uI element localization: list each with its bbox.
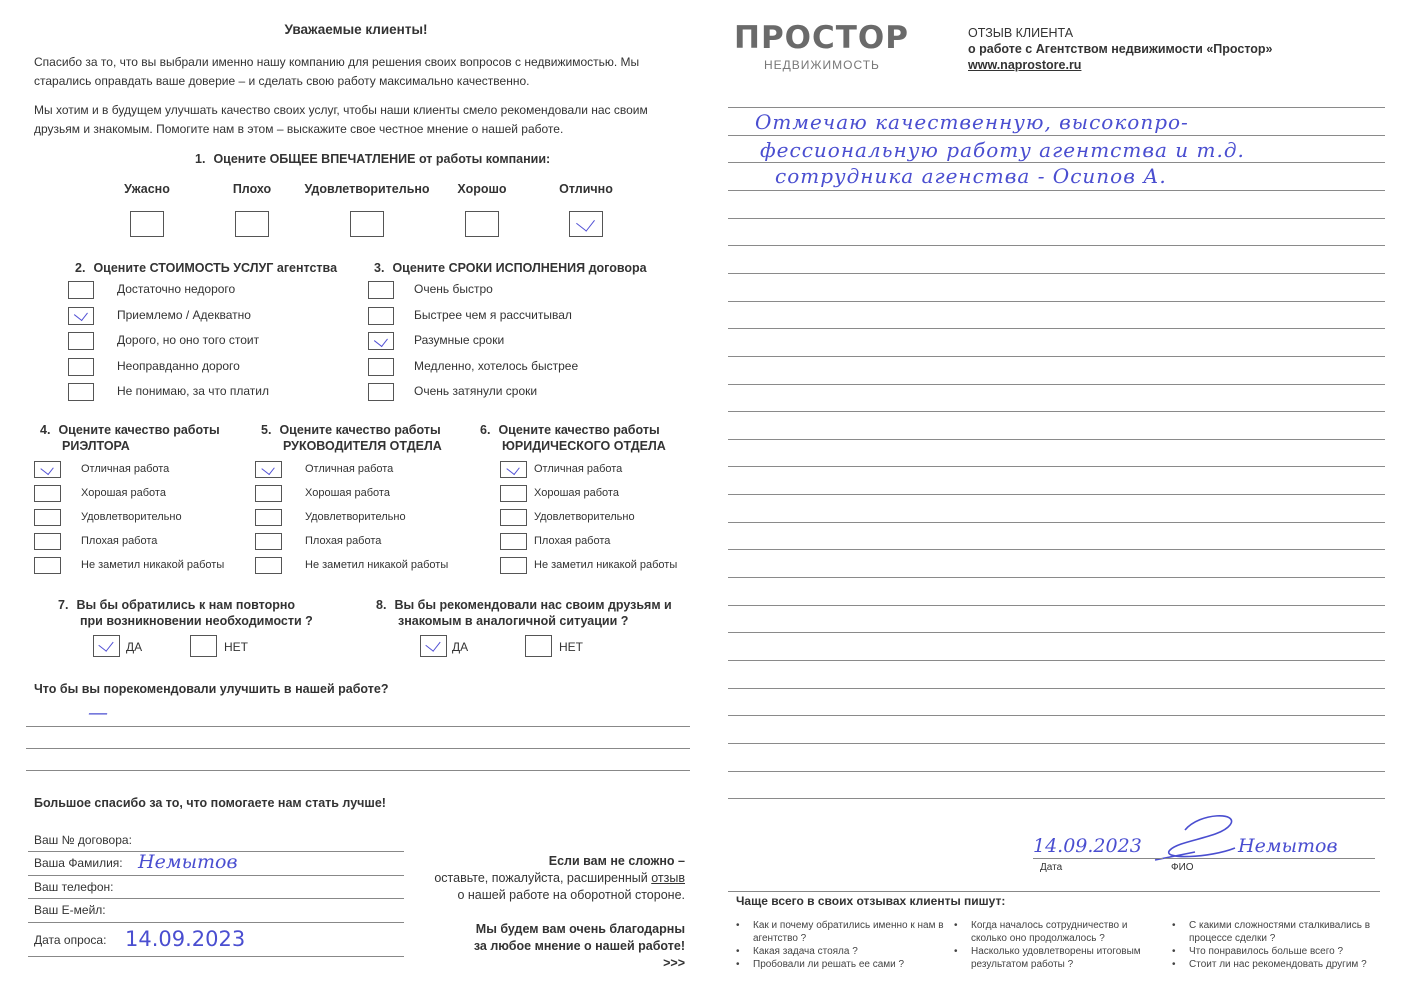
ruled-line [728, 494, 1385, 495]
tips-divider [728, 891, 1380, 892]
tip-item: Стоит ли нас рекомендовать другим ? [1172, 958, 1382, 971]
tip-item: Какая задача стояла ? [736, 945, 946, 958]
q1-number: 1. [195, 152, 205, 166]
q4-option-checkbox[interactable] [34, 509, 61, 526]
q5-option-checkbox[interactable] [255, 557, 282, 574]
review-line-2[interactable]: фессиональную работу агентства и т.д. [760, 138, 1245, 162]
ruled-line [728, 577, 1385, 578]
q2-text: Оцените СТОИМОСТЬ УСЛУГ агентства [93, 261, 337, 275]
next-page-arrows: >>> [663, 956, 685, 970]
q7-yes-checkbox[interactable] [93, 635, 120, 657]
q2-title: 2.Оцените СТОИМОСТЬ УСЛУГ агентства [75, 261, 337, 275]
q1-option-checkbox[interactable] [569, 211, 603, 237]
signature-name-label: ФИО [1171, 862, 1194, 873]
intro-paragraph-2: Мы хотим и в будущем улучшать качество с… [34, 101, 684, 139]
email-line [28, 922, 404, 923]
review-subtitle: о работе с Агентством недвижимости «Прос… [968, 41, 1273, 57]
q4-option-label: Не заметил никакой работы [81, 559, 224, 571]
q2-number: 2. [75, 261, 85, 275]
review-line-3[interactable]: сотрудника агенства - Осипов А. [775, 164, 1167, 188]
ruled-line [728, 301, 1385, 302]
review-title: ОТЗЫВ КЛИЕНТА [968, 25, 1273, 41]
q8-no-checkbox[interactable] [525, 635, 552, 657]
q2-option-checkbox[interactable] [68, 358, 94, 376]
q3-option-checkbox[interactable] [368, 332, 394, 350]
date-value[interactable]: 14.09.2023 [125, 927, 245, 951]
q4-option-label: Хорошая работа [81, 487, 166, 499]
callout-line-2: оставьте, пожалуйста, расширенный [434, 871, 651, 885]
improve-line-1 [26, 726, 690, 727]
tip-item: С какими сложностями сталкивались в проц… [1172, 919, 1382, 945]
tip-item: Что понравилось больше всего ? [1172, 945, 1382, 958]
ruled-line [728, 743, 1385, 744]
q3-option-label: Разумные сроки [414, 333, 504, 347]
q2-option-label: Дорого, но оно того стоит [117, 333, 259, 347]
q7-no-checkbox[interactable] [190, 635, 217, 657]
q3-option-checkbox[interactable] [368, 281, 394, 299]
q4-option-checkbox[interactable] [34, 533, 61, 550]
q1-title: 1.Оцените ОБЩЕЕ ВПЕЧАТЛЕНИЕ от работы ко… [195, 152, 550, 166]
q3-option-checkbox[interactable] [368, 383, 394, 401]
thanks-text: Большое спасибо за то, что помогаете нам… [34, 796, 386, 810]
review-header: ОТЗЫВ КЛИЕНТА о работе с Агентством недв… [968, 25, 1273, 73]
signature-name[interactable]: Немытов [1238, 835, 1338, 857]
q8-no-label: НЕТ [559, 640, 583, 654]
ruled-line [728, 411, 1385, 412]
q2-option-label: Не понимаю, за что платил [117, 384, 269, 398]
q3-option-checkbox[interactable] [368, 307, 394, 325]
improve-line-3 [26, 770, 690, 771]
q1-option-checkbox[interactable] [235, 211, 269, 237]
q3-option-label: Очень быстро [414, 282, 493, 296]
q1-option-label: Плохо [187, 182, 317, 196]
q5-option-checkbox[interactable] [255, 509, 282, 526]
q3-option-checkbox[interactable] [368, 358, 394, 376]
callout-line-3: о нашей работе на оборотной стороне. [434, 887, 685, 904]
q2-option-checkbox[interactable] [68, 281, 94, 299]
review-link[interactable]: отзыв [651, 871, 685, 885]
company-logo: ПРОСТОР НЕДВИЖИМОСТЬ [734, 20, 919, 80]
review-line-1[interactable]: Отмечаю качественную, высокопро- [755, 110, 1189, 134]
signature-scribble-icon [1150, 810, 1240, 865]
q2-option-checkbox[interactable] [68, 383, 94, 401]
ruled-line [728, 245, 1385, 246]
improve-question: Что бы вы порекомендовали улучшить в наш… [34, 682, 388, 696]
ruled-line [728, 466, 1385, 467]
ruled-line [728, 605, 1385, 606]
phone-line [28, 898, 404, 899]
ruled-line [728, 218, 1385, 219]
q1-option-checkbox[interactable] [130, 211, 164, 237]
q5-text-2: РУКОВОДИТЕЛЯ ОТДЕЛА [261, 439, 442, 453]
q3-option-label: Быстрее чем я рассчитывал [414, 308, 572, 322]
q5-option-label: Отличная работа [305, 463, 393, 475]
tips-column-1: Как и почему обратились именно к нам в а… [736, 919, 946, 971]
surname-value[interactable]: Немытов [138, 851, 238, 873]
ruled-line [728, 135, 1385, 136]
q4-title: 4.Оцените качество работы РИЭЛТОРА [40, 422, 220, 454]
signature-date-label: Дата [1040, 862, 1062, 873]
ruled-line [728, 273, 1385, 274]
q1-option-label: Отлично [521, 182, 651, 196]
signature-date-line [1033, 858, 1163, 859]
tip-item: Насколько удовлетворены итоговым результ… [954, 945, 1164, 971]
q5-option-label: Не заметил никакой работы [305, 559, 448, 571]
q5-option-checkbox[interactable] [255, 485, 282, 502]
q8-yes-label: ДА [452, 640, 468, 654]
q7-number: 7. [58, 597, 68, 613]
q2-option-label: Приемлемо / Адекватно [117, 308, 251, 322]
q6-title: 6.Оцените качество работы ЮРИДИЧЕСКОГО О… [480, 422, 666, 454]
q4-text-2: РИЭЛТОРА [40, 439, 130, 453]
surname-line [28, 875, 404, 876]
q6-option-checkbox[interactable] [500, 485, 527, 502]
q5-option-label: Хорошая работа [305, 487, 390, 499]
q7-title: 7.Вы бы обратились к нам повторно при во… [58, 597, 313, 629]
q7-text-1: Вы бы обратились к нам повторно [76, 598, 295, 612]
callout-line-1: Если вам не сложно – [549, 854, 685, 868]
q8-yes-checkbox[interactable] [420, 635, 447, 657]
q4-option-label: Плохая работа [81, 535, 157, 547]
q6-option-label: Хорошая работа [534, 487, 619, 499]
surname-label: Ваша Фамилия: [34, 856, 123, 870]
signature-date[interactable]: 14.09.2023 [1033, 835, 1142, 857]
q5-number: 5. [261, 422, 271, 438]
ruled-line [728, 522, 1385, 523]
ruled-line [728, 660, 1385, 661]
q4-option-checkbox[interactable] [34, 485, 61, 502]
ruled-line [728, 384, 1385, 385]
q8-text-2: знакомым в аналогичной ситуации ? [376, 614, 628, 628]
date-line [28, 956, 404, 957]
logo-subtitle: НЕДВИЖИМОСТЬ [764, 58, 880, 72]
q1-option-checkbox[interactable] [350, 211, 384, 237]
q6-number: 6. [480, 422, 490, 438]
q3-text: Оцените СРОКИ ИСПОЛНЕНИЯ договора [392, 261, 646, 275]
q4-option-checkbox[interactable] [34, 557, 61, 574]
q3-number: 3. [374, 261, 384, 275]
tip-item: Как и почему обратились именно к нам в а… [736, 919, 946, 945]
intro-paragraph-1: Спасибо за то, что вы выбрали именно наш… [34, 53, 684, 91]
q6-option-label: Отличная работа [534, 463, 622, 475]
ruled-line [728, 107, 1385, 108]
tips-title: Чаще всего в своих отзывах клиенты пишут… [736, 894, 1005, 908]
page-title: Уважаемые клиенты! [0, 22, 712, 37]
ruled-line [728, 798, 1385, 799]
q6-option-checkbox[interactable] [500, 533, 527, 550]
logo-wordmark: ПРОСТОР [734, 20, 909, 56]
q1-text: Оцените ОБЩЕЕ ВПЕЧАТЛЕНИЕ от работы комп… [213, 152, 550, 166]
q6-option-label: Удовлетворительно [534, 511, 635, 523]
date-label: Дата опроса: [34, 933, 106, 947]
q8-number: 8. [376, 597, 386, 613]
q7-no-label: НЕТ [224, 640, 248, 654]
tip-item: Пробовали ли решать ее сами ? [736, 958, 946, 971]
ruled-line [728, 632, 1385, 633]
email-label: Ваш Е-мейл: [34, 903, 106, 917]
q3-option-label: Очень затянули сроки [414, 384, 537, 398]
ruled-line [728, 439, 1385, 440]
ruled-line [728, 715, 1385, 716]
tip-item: Когда началось сотрудничество и сколько … [954, 919, 1164, 945]
ruled-line [728, 328, 1385, 329]
q7-text-2: при возникновении необходимости ? [58, 614, 313, 628]
callout-line-4: Мы будем вам очень благодарны [476, 922, 685, 936]
q4-text-1: Оцените качество работы [58, 423, 219, 437]
q3-title: 3.Оцените СРОКИ ИСПОЛНЕНИЯ договора [374, 261, 647, 275]
q5-option-checkbox[interactable] [255, 533, 282, 550]
q6-text-2: ЮРИДИЧЕСКОГО ОТДЕЛА [480, 439, 666, 453]
q6-option-label: Не заметил никакой работы [534, 559, 677, 571]
q5-option-checkbox[interactable] [255, 461, 282, 478]
q4-option-label: Отличная работа [81, 463, 169, 475]
q6-option-checkbox[interactable] [500, 461, 527, 478]
q6-text-1: Оцените качество работы [498, 423, 659, 437]
tips-column-3: С какими сложностями сталкивались в проц… [1172, 919, 1382, 971]
q2-option-checkbox[interactable] [68, 307, 94, 325]
q2-option-label: Достаточно недорого [117, 282, 235, 296]
contract-label: Ваш № договора: [34, 833, 132, 847]
q6-option-label: Плохая работа [534, 535, 610, 547]
ruled-line [728, 688, 1385, 689]
q2-option-label: Неоправданно дорого [117, 359, 240, 373]
q6-option-checkbox[interactable] [500, 557, 527, 574]
q5-option-label: Плохая работа [305, 535, 381, 547]
q5-option-label: Удовлетворительно [305, 511, 406, 523]
q7-yes-label: ДА [126, 640, 142, 654]
q6-option-checkbox[interactable] [500, 509, 527, 526]
website-link[interactable]: www.naprostore.ru [968, 57, 1273, 73]
phone-label: Ваш телефон: [34, 880, 113, 894]
improve-answer[interactable]: — [88, 700, 108, 724]
q4-number: 4. [40, 422, 50, 438]
q1-option-checkbox[interactable] [465, 211, 499, 237]
q4-option-checkbox[interactable] [34, 461, 61, 478]
improve-line-2 [26, 748, 690, 749]
q1-option-label: Удовлетворительно [302, 182, 432, 196]
tips-column-2: Когда началось сотрудничество и сколько … [954, 919, 1164, 971]
q5-title: 5.Оцените качество работы РУКОВОДИТЕЛЯ О… [261, 422, 442, 454]
ruled-line [728, 771, 1385, 772]
q8-title: 8.Вы бы рекомендовали нас своим друзьям … [376, 597, 672, 629]
q2-option-checkbox[interactable] [68, 332, 94, 350]
q3-option-label: Медленно, хотелось быстрее [414, 359, 578, 373]
callout-line-5: за любое мнение о нашей работе! [474, 939, 685, 953]
q5-text-1: Оцените качество работы [279, 423, 440, 437]
ruled-line [728, 356, 1385, 357]
ruled-line [728, 549, 1385, 550]
q4-option-label: Удовлетворительно [81, 511, 182, 523]
ruled-line [728, 190, 1385, 191]
callout-block: Если вам не сложно – оставьте, пожалуйст… [434, 853, 685, 972]
q8-text-1: Вы бы рекомендовали нас своим друзьям и [394, 598, 671, 612]
signature-name-line [1165, 858, 1375, 859]
